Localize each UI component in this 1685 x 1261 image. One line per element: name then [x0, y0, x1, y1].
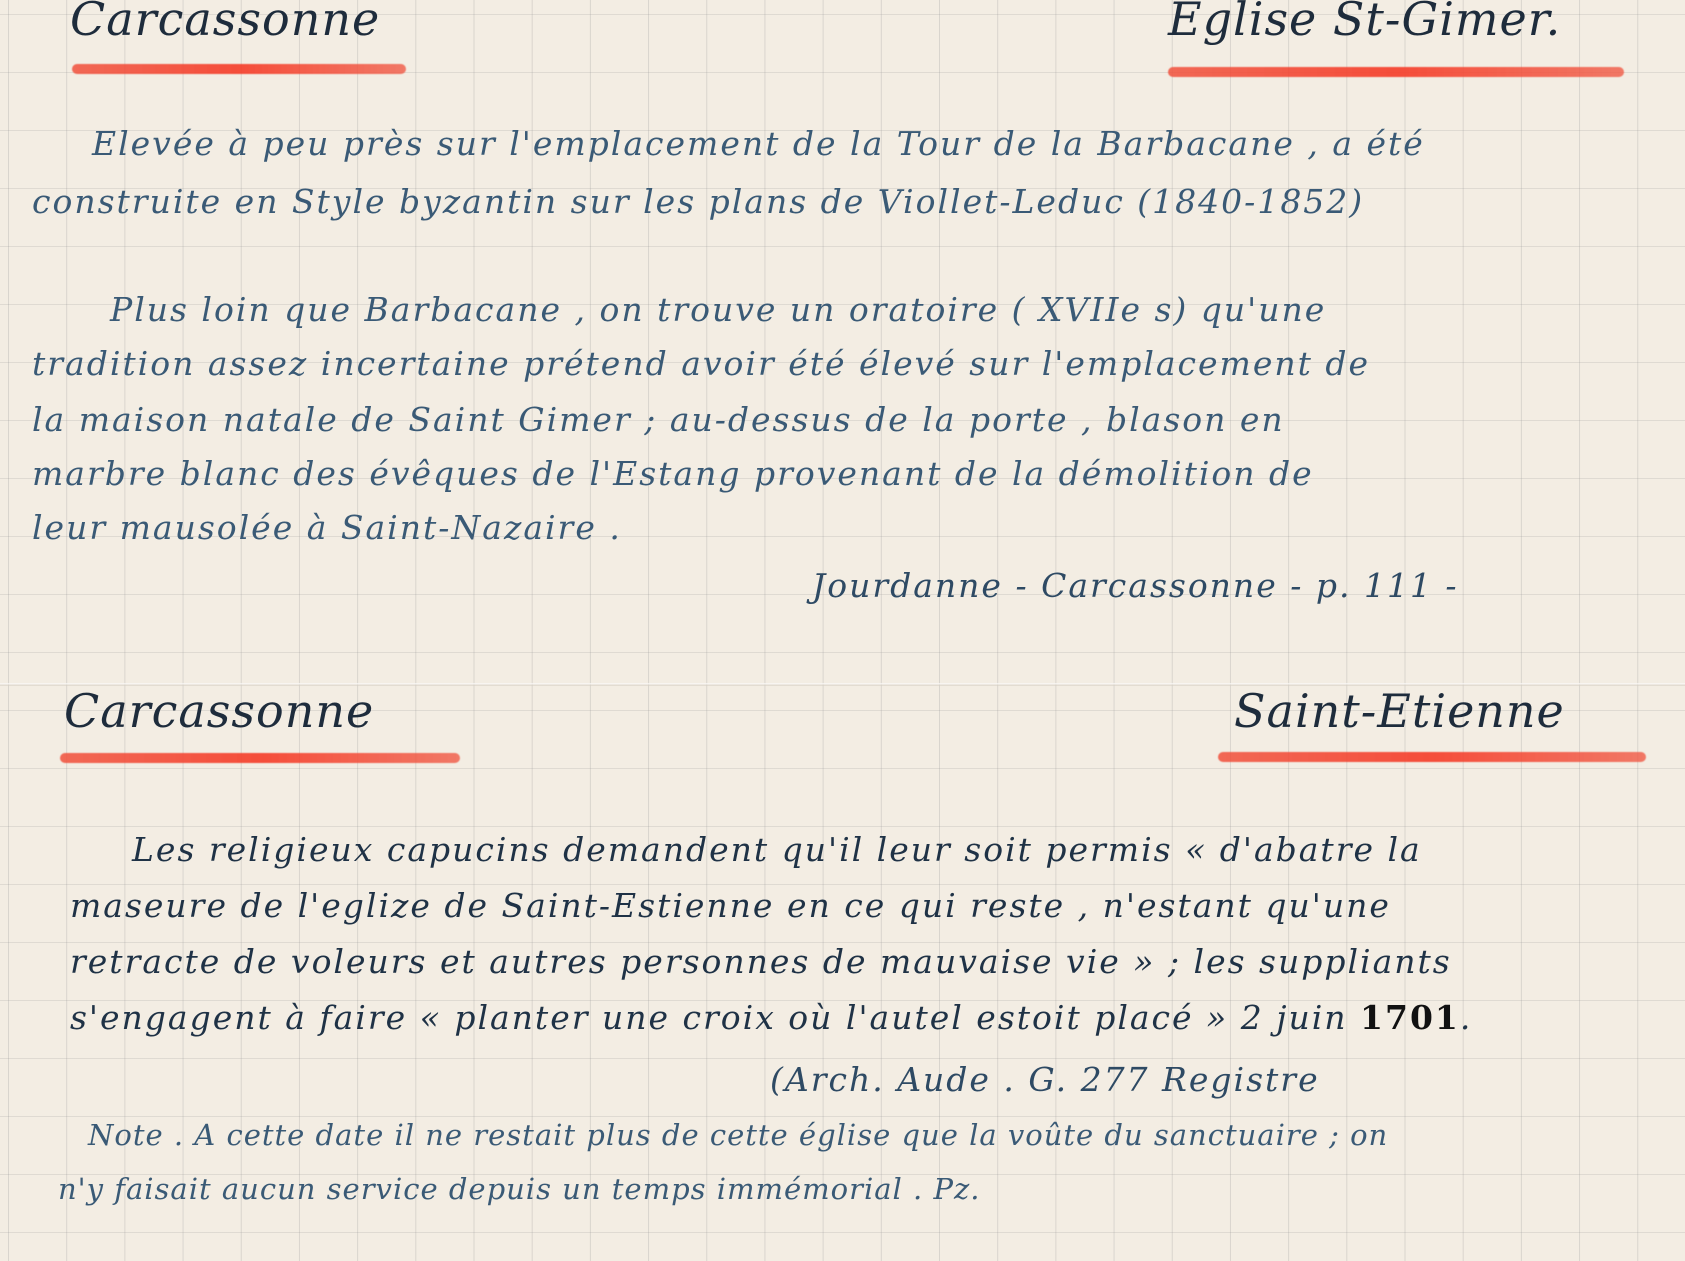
entry2-heading-church: Saint-Etienne — [1234, 684, 1565, 738]
entry1-p1-line1: Elevée à peu près sur l'emplacement de l… — [92, 124, 1425, 163]
entry2-heading-left-underline — [60, 753, 460, 763]
entry2-p-line2: maseure de l'eglize de Saint-Estienne en… — [70, 886, 1391, 925]
entry1-p2-line4: marbre blanc des évêques de l'Estang pro… — [32, 454, 1314, 493]
entry2-p-line1: Les religieux capucins demandent qu'il l… — [132, 830, 1422, 869]
entry1-heading-church: Eglise St-Gimer. — [1168, 0, 1561, 46]
entry2-year: 1701 — [1360, 998, 1460, 1037]
entry1-heading-location: Carcassonne — [70, 0, 380, 46]
entry1-heading-left-underline — [72, 64, 406, 74]
entry2-year-period: . — [1460, 998, 1473, 1037]
entry2-heading-right-underline — [1218, 752, 1646, 762]
entry2-note-line1: Note . A cette date il ne restait plus d… — [88, 1118, 1388, 1152]
entry2-p-line3: retracte de voleurs et autres personnes … — [70, 942, 1452, 981]
entry2-p-line4-text: s'engagent à faire « planter une croix o… — [70, 998, 1348, 1037]
entry1-heading-right-underline — [1168, 67, 1624, 77]
entry1-p2-line2: tradition assez incertaine prétend avoir… — [32, 344, 1370, 383]
entry2-p-line4: s'engagent à faire « planter une croix o… — [70, 998, 1472, 1037]
entry2-citation: (Arch. Aude . G. 277 Registre — [770, 1060, 1320, 1099]
entry2-note-line2: n'y faisait aucun service depuis un temp… — [58, 1172, 981, 1206]
entry1-p2-line5: leur mausolée à Saint-Nazaire . — [32, 508, 622, 547]
entry1-p1-line2: construite en Style byzantin sur les pla… — [32, 182, 1364, 221]
entry2-heading-location: Carcassonne — [64, 684, 374, 738]
entry1-p2-line1: Plus loin que Barbacane , on trouve un o… — [110, 290, 1326, 329]
entry1-citation: Jourdanne - Carcassonne - p. 111 - — [812, 566, 1459, 605]
entry1-p2-line3: la maison natale de Saint Gimer ; au-des… — [32, 400, 1285, 439]
